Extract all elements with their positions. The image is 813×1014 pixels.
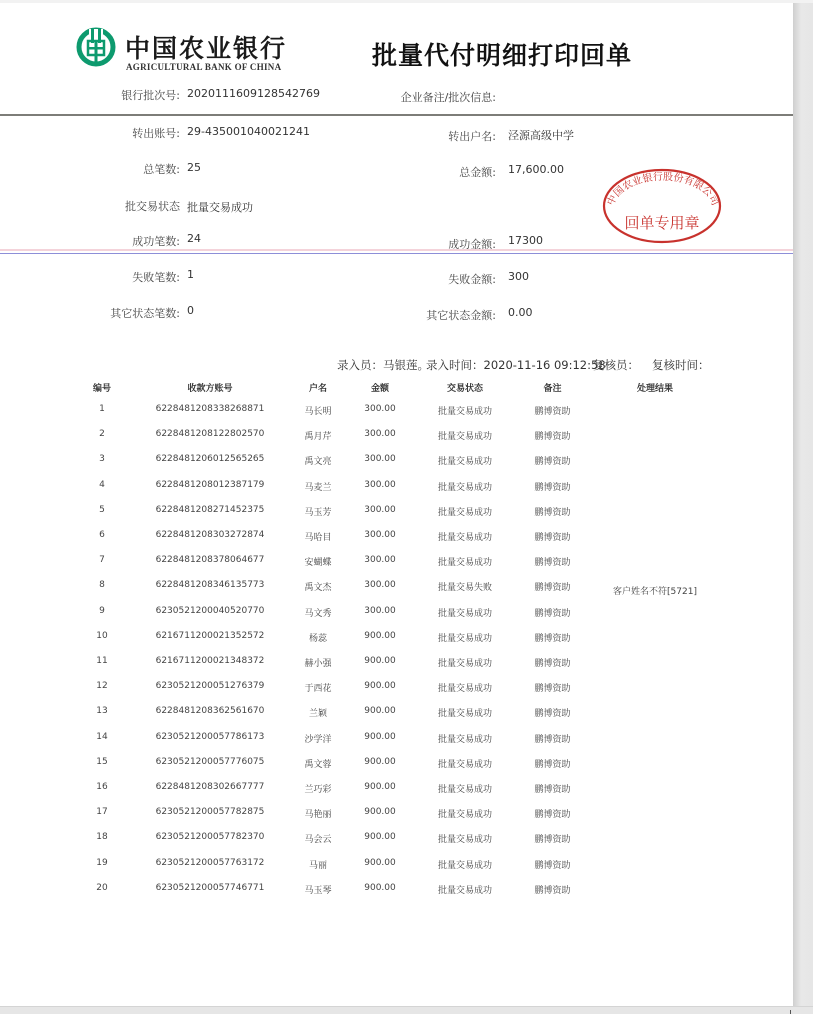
table-row: 16228481208338268871马长明300.00批量交易成功鹏博资助 <box>0 404 793 424</box>
row-account: 6216711200021348372 <box>140 656 280 666</box>
total-amount-value: 17,600.00 <box>508 163 564 176</box>
row-status: 批量交易成功 <box>420 832 510 845</box>
other-count-value: 0 <box>187 304 194 317</box>
row-amount: 300.00 <box>350 530 410 540</box>
row-no: 5 <box>88 505 116 515</box>
row-no: 4 <box>88 480 116 490</box>
row-memo: 鹏博资助 <box>515 883 590 896</box>
entry-time: 录入时间：2020-11-16 09:12:58 <box>426 357 606 373</box>
table-row: 66228481208303272874马哈目300.00批量交易成功鹏博资助 <box>0 530 793 550</box>
review-time: 复核时间： <box>652 357 710 373</box>
col-header-account: 收款方账号 <box>140 381 280 394</box>
col-header-result: 处理结果 <box>595 381 715 394</box>
row-amount: 900.00 <box>350 681 410 691</box>
row-memo: 鹏博资助 <box>515 681 590 694</box>
table-row: 36228481206012565265禹文亮300.00批量交易成功鹏博资助 <box>0 454 793 474</box>
other-count-label: 其它状态笔数: <box>30 305 180 321</box>
row-status: 批量交易成功 <box>420 706 510 719</box>
row-memo: 鹏博资助 <box>515 505 590 518</box>
row-result: 客户姓名不符[5721] <box>595 584 715 597</box>
entered-by: 录入员：马银莲。 <box>337 357 429 373</box>
row-status: 批量交易成功 <box>420 681 510 694</box>
row-status: 批量交易失败 <box>420 580 510 593</box>
official-stamp: 中国农业银行股份有限公司 回单专用章 <box>600 166 724 246</box>
row-amount: 300.00 <box>350 505 410 515</box>
row-amount: 900.00 <box>350 631 410 641</box>
row-name: 杨蕊 <box>290 631 346 644</box>
table-row: 156230521200057776075禹文蓉900.00批量交易成功鹏博资助 <box>0 757 793 777</box>
row-no: 8 <box>88 580 116 590</box>
table-row: 146230521200057786173沙学洋900.00批量交易成功鹏博资助 <box>0 732 793 752</box>
col-header-status: 交易状态 <box>420 381 510 394</box>
row-account: 6228481208303272874 <box>140 530 280 540</box>
row-name: 马麦兰 <box>290 480 346 493</box>
row-status: 批量交易成功 <box>420 555 510 568</box>
success-amount-value: 17300 <box>508 234 543 247</box>
row-status: 批量交易成功 <box>420 530 510 543</box>
abc-bank-logo-icon <box>76 27 116 67</box>
viewer-cursor-mark <box>790 1010 791 1014</box>
row-account: 6230521200057763172 <box>140 858 280 868</box>
stamp-arc-text: 中国农业银行股份有限公司 <box>604 171 722 208</box>
col-header-no: 编号 <box>88 381 116 394</box>
row-no: 20 <box>88 883 116 893</box>
fail-amount-value: 300 <box>508 270 529 283</box>
row-amount: 900.00 <box>350 883 410 893</box>
row-memo: 鹏博资助 <box>515 656 590 669</box>
col-header-name: 户名 <box>290 381 346 394</box>
row-status: 批量交易成功 <box>420 429 510 442</box>
row-status: 批量交易成功 <box>420 732 510 745</box>
success-count-label: 成功笔数: <box>30 233 180 249</box>
row-amount: 300.00 <box>350 580 410 590</box>
row-amount: 900.00 <box>350 656 410 666</box>
row-memo: 鹏博资助 <box>515 530 590 543</box>
table-row: 86228481208346135773禹文杰300.00批量交易失败鹏博资助客… <box>0 580 793 600</box>
row-account: 6228481208122802570 <box>140 429 280 439</box>
row-name: 马玉琴 <box>290 883 346 896</box>
row-memo: 鹏博资助 <box>515 832 590 845</box>
bank-name-en: AGRICULTURAL BANK OF CHINA <box>126 62 281 72</box>
row-name: 马玉芳 <box>290 505 346 518</box>
col-header-amount: 金额 <box>350 381 410 394</box>
fail-amount-label: 失败金额: <box>346 271 496 287</box>
row-status: 批量交易成功 <box>420 757 510 770</box>
other-amount-label: 其它状态金额: <box>346 307 496 323</box>
row-status: 批量交易成功 <box>420 404 510 417</box>
row-status: 批量交易成功 <box>420 656 510 669</box>
row-status: 批量交易成功 <box>420 480 510 493</box>
row-account: 6228481208338268871 <box>140 404 280 414</box>
total-count-label: 总笔数: <box>30 161 180 177</box>
row-amount: 300.00 <box>350 429 410 439</box>
total-amount-label: 总金额: <box>346 164 496 180</box>
row-account: 6228481208346135773 <box>140 580 280 590</box>
row-no: 12 <box>88 681 116 691</box>
row-account: 6228481208302667777 <box>140 782 280 792</box>
row-memo: 鹏博资助 <box>515 580 590 593</box>
total-count-value: 25 <box>187 161 201 174</box>
row-no: 13 <box>88 706 116 716</box>
table-row: 106216711200021352572杨蕊900.00批量交易成功鹏博资助 <box>0 631 793 651</box>
row-no: 10 <box>88 631 116 641</box>
from-account-value: 29-435001040021241 <box>187 125 310 138</box>
other-amount-value: 0.00 <box>508 306 533 319</box>
row-memo: 鹏博资助 <box>515 631 590 644</box>
header-divider <box>0 114 793 116</box>
row-no: 9 <box>88 606 116 616</box>
summary-divider-blue <box>0 253 793 254</box>
row-name: 禹文蓉 <box>290 757 346 770</box>
row-amount: 900.00 <box>350 782 410 792</box>
batch-no-value: 2020111609128542769 <box>187 87 320 100</box>
row-amount: 300.00 <box>350 555 410 565</box>
row-memo: 鹏博资助 <box>515 807 590 820</box>
row-account: 6228481208271452375 <box>140 505 280 515</box>
from-account-label: 转出账号: <box>30 125 180 141</box>
row-status: 批量交易成功 <box>420 631 510 644</box>
row-no: 14 <box>88 732 116 742</box>
batch-status-value: 批量交易成功 <box>187 199 253 215</box>
row-account: 6230521200051276379 <box>140 681 280 691</box>
row-no: 3 <box>88 454 116 464</box>
row-status: 批量交易成功 <box>420 782 510 795</box>
row-account: 6230521200057782875 <box>140 807 280 817</box>
row-account: 6230521200057782370 <box>140 832 280 842</box>
row-name: 沙学洋 <box>290 732 346 745</box>
table-row: 166228481208302667777兰巧彩900.00批量交易成功鹏博资助 <box>0 782 793 802</box>
row-name: 马哈目 <box>290 530 346 543</box>
viewer-scroll-gutter <box>793 3 813 1006</box>
row-memo: 鹏博资助 <box>515 480 590 493</box>
row-name: 禹月芹 <box>290 429 346 442</box>
row-name: 赫小强 <box>290 656 346 669</box>
table-row: 136228481208362561670兰颖900.00批量交易成功鹏博资助 <box>0 706 793 726</box>
row-name: 禹文亮 <box>290 454 346 467</box>
row-status: 批量交易成功 <box>420 454 510 467</box>
row-amount: 300.00 <box>350 606 410 616</box>
row-no: 16 <box>88 782 116 792</box>
row-status: 批量交易成功 <box>420 807 510 820</box>
table-row: 76228481208378064677安蝴蝶300.00批量交易成功鹏博资助 <box>0 555 793 575</box>
row-status: 批量交易成功 <box>420 606 510 619</box>
row-name: 兰巧彩 <box>290 782 346 795</box>
row-name: 马丽 <box>290 858 346 871</box>
row-amount: 900.00 <box>350 757 410 767</box>
row-memo: 鹏博资助 <box>515 429 590 442</box>
batch-no-label: 银行批次号: <box>30 87 180 103</box>
row-name: 安蝴蝶 <box>290 555 346 568</box>
row-memo: 鹏博资助 <box>515 732 590 745</box>
row-amount: 900.00 <box>350 858 410 868</box>
row-no: 18 <box>88 832 116 842</box>
table-row: 176230521200057782875马艳丽900.00批量交易成功鹏博资助 <box>0 807 793 827</box>
row-memo: 鹏博资助 <box>515 606 590 619</box>
memo-label: 企业备注/批次信息: <box>346 89 496 105</box>
from-name-value: 泾源高级中学 <box>508 127 574 143</box>
row-name: 马长明 <box>290 404 346 417</box>
document-title: 批量代付明细打印回单 <box>372 36 632 72</box>
success-count-value: 24 <box>187 232 201 245</box>
table-row: 116216711200021348372赫小强900.00批量交易成功鹏博资助 <box>0 656 793 676</box>
row-name: 于西花 <box>290 681 346 694</box>
row-no: 6 <box>88 530 116 540</box>
row-memo: 鹏博资助 <box>515 555 590 568</box>
row-account: 6230521200057746771 <box>140 883 280 893</box>
row-no: 2 <box>88 429 116 439</box>
row-memo: 鹏博资助 <box>515 782 590 795</box>
row-status: 批量交易成功 <box>420 505 510 518</box>
table-row: 186230521200057782370马会云900.00批量交易成功鹏博资助 <box>0 832 793 852</box>
row-account: 6228481208362561670 <box>140 706 280 716</box>
row-no: 15 <box>88 757 116 767</box>
table-row: 126230521200051276379于西花900.00批量交易成功鹏博资助 <box>0 681 793 701</box>
stamp-center-text: 回单专用章 <box>624 214 699 232</box>
row-account: 6230521200057786173 <box>140 732 280 742</box>
row-account: 6216711200021352572 <box>140 631 280 641</box>
batch-status-label: 批交易状态 <box>30 198 180 214</box>
row-account: 6228481208012387179 <box>140 480 280 490</box>
bank-name-cn: 中国农业银行 <box>125 29 287 65</box>
fail-count-label: 失败笔数: <box>30 269 180 285</box>
reviewer: 复核员： <box>593 357 639 373</box>
row-name: 禹文杰 <box>290 580 346 593</box>
row-status: 批量交易成功 <box>420 858 510 871</box>
row-no: 19 <box>88 858 116 868</box>
table-row: 96230521200040520770马文秀300.00批量交易成功鹏博资助 <box>0 606 793 626</box>
row-amount: 900.00 <box>350 732 410 742</box>
row-memo: 鹏博资助 <box>515 404 590 417</box>
from-name-label: 转出户名: <box>346 128 496 144</box>
row-no: 7 <box>88 555 116 565</box>
row-account: 6228481206012565265 <box>140 454 280 464</box>
row-amount: 900.00 <box>350 706 410 716</box>
row-amount: 900.00 <box>350 807 410 817</box>
row-no: 11 <box>88 656 116 666</box>
row-memo: 鹏博资助 <box>515 858 590 871</box>
table-row: 26228481208122802570禹月芹300.00批量交易成功鹏博资助 <box>0 429 793 449</box>
row-amount: 900.00 <box>350 832 410 842</box>
row-account: 6228481208378064677 <box>140 555 280 565</box>
row-name: 兰颖 <box>290 706 346 719</box>
row-no: 1 <box>88 404 116 414</box>
row-amount: 300.00 <box>350 480 410 490</box>
row-name: 马艳丽 <box>290 807 346 820</box>
summary-divider-pink <box>0 249 793 251</box>
table-row: 196230521200057763172马丽900.00批量交易成功鹏博资助 <box>0 858 793 878</box>
receipt-page: 中国农业银行 AGRICULTURAL BANK OF CHINA 批量代付明细… <box>0 3 793 1006</box>
row-memo: 鹏博资助 <box>515 454 590 467</box>
table-row: 46228481208012387179马麦兰300.00批量交易成功鹏博资助 <box>0 480 793 500</box>
table-row: 206230521200057746771马玉琴900.00批量交易成功鹏博资助 <box>0 883 793 903</box>
row-account: 6230521200057776075 <box>140 757 280 767</box>
row-name: 马文秀 <box>290 606 346 619</box>
row-amount: 300.00 <box>350 404 410 414</box>
row-name: 马会云 <box>290 832 346 845</box>
col-header-memo: 备注 <box>515 381 590 394</box>
fail-count-value: 1 <box>187 268 194 281</box>
row-memo: 鹏博资助 <box>515 757 590 770</box>
table-row: 56228481208271452375马玉芳300.00批量交易成功鹏博资助 <box>0 505 793 525</box>
row-account: 6230521200040520770 <box>140 606 280 616</box>
row-no: 17 <box>88 807 116 817</box>
row-status: 批量交易成功 <box>420 883 510 896</box>
row-amount: 300.00 <box>350 454 410 464</box>
row-memo: 鹏博资助 <box>515 706 590 719</box>
viewer-bottom-bar <box>0 1006 813 1014</box>
